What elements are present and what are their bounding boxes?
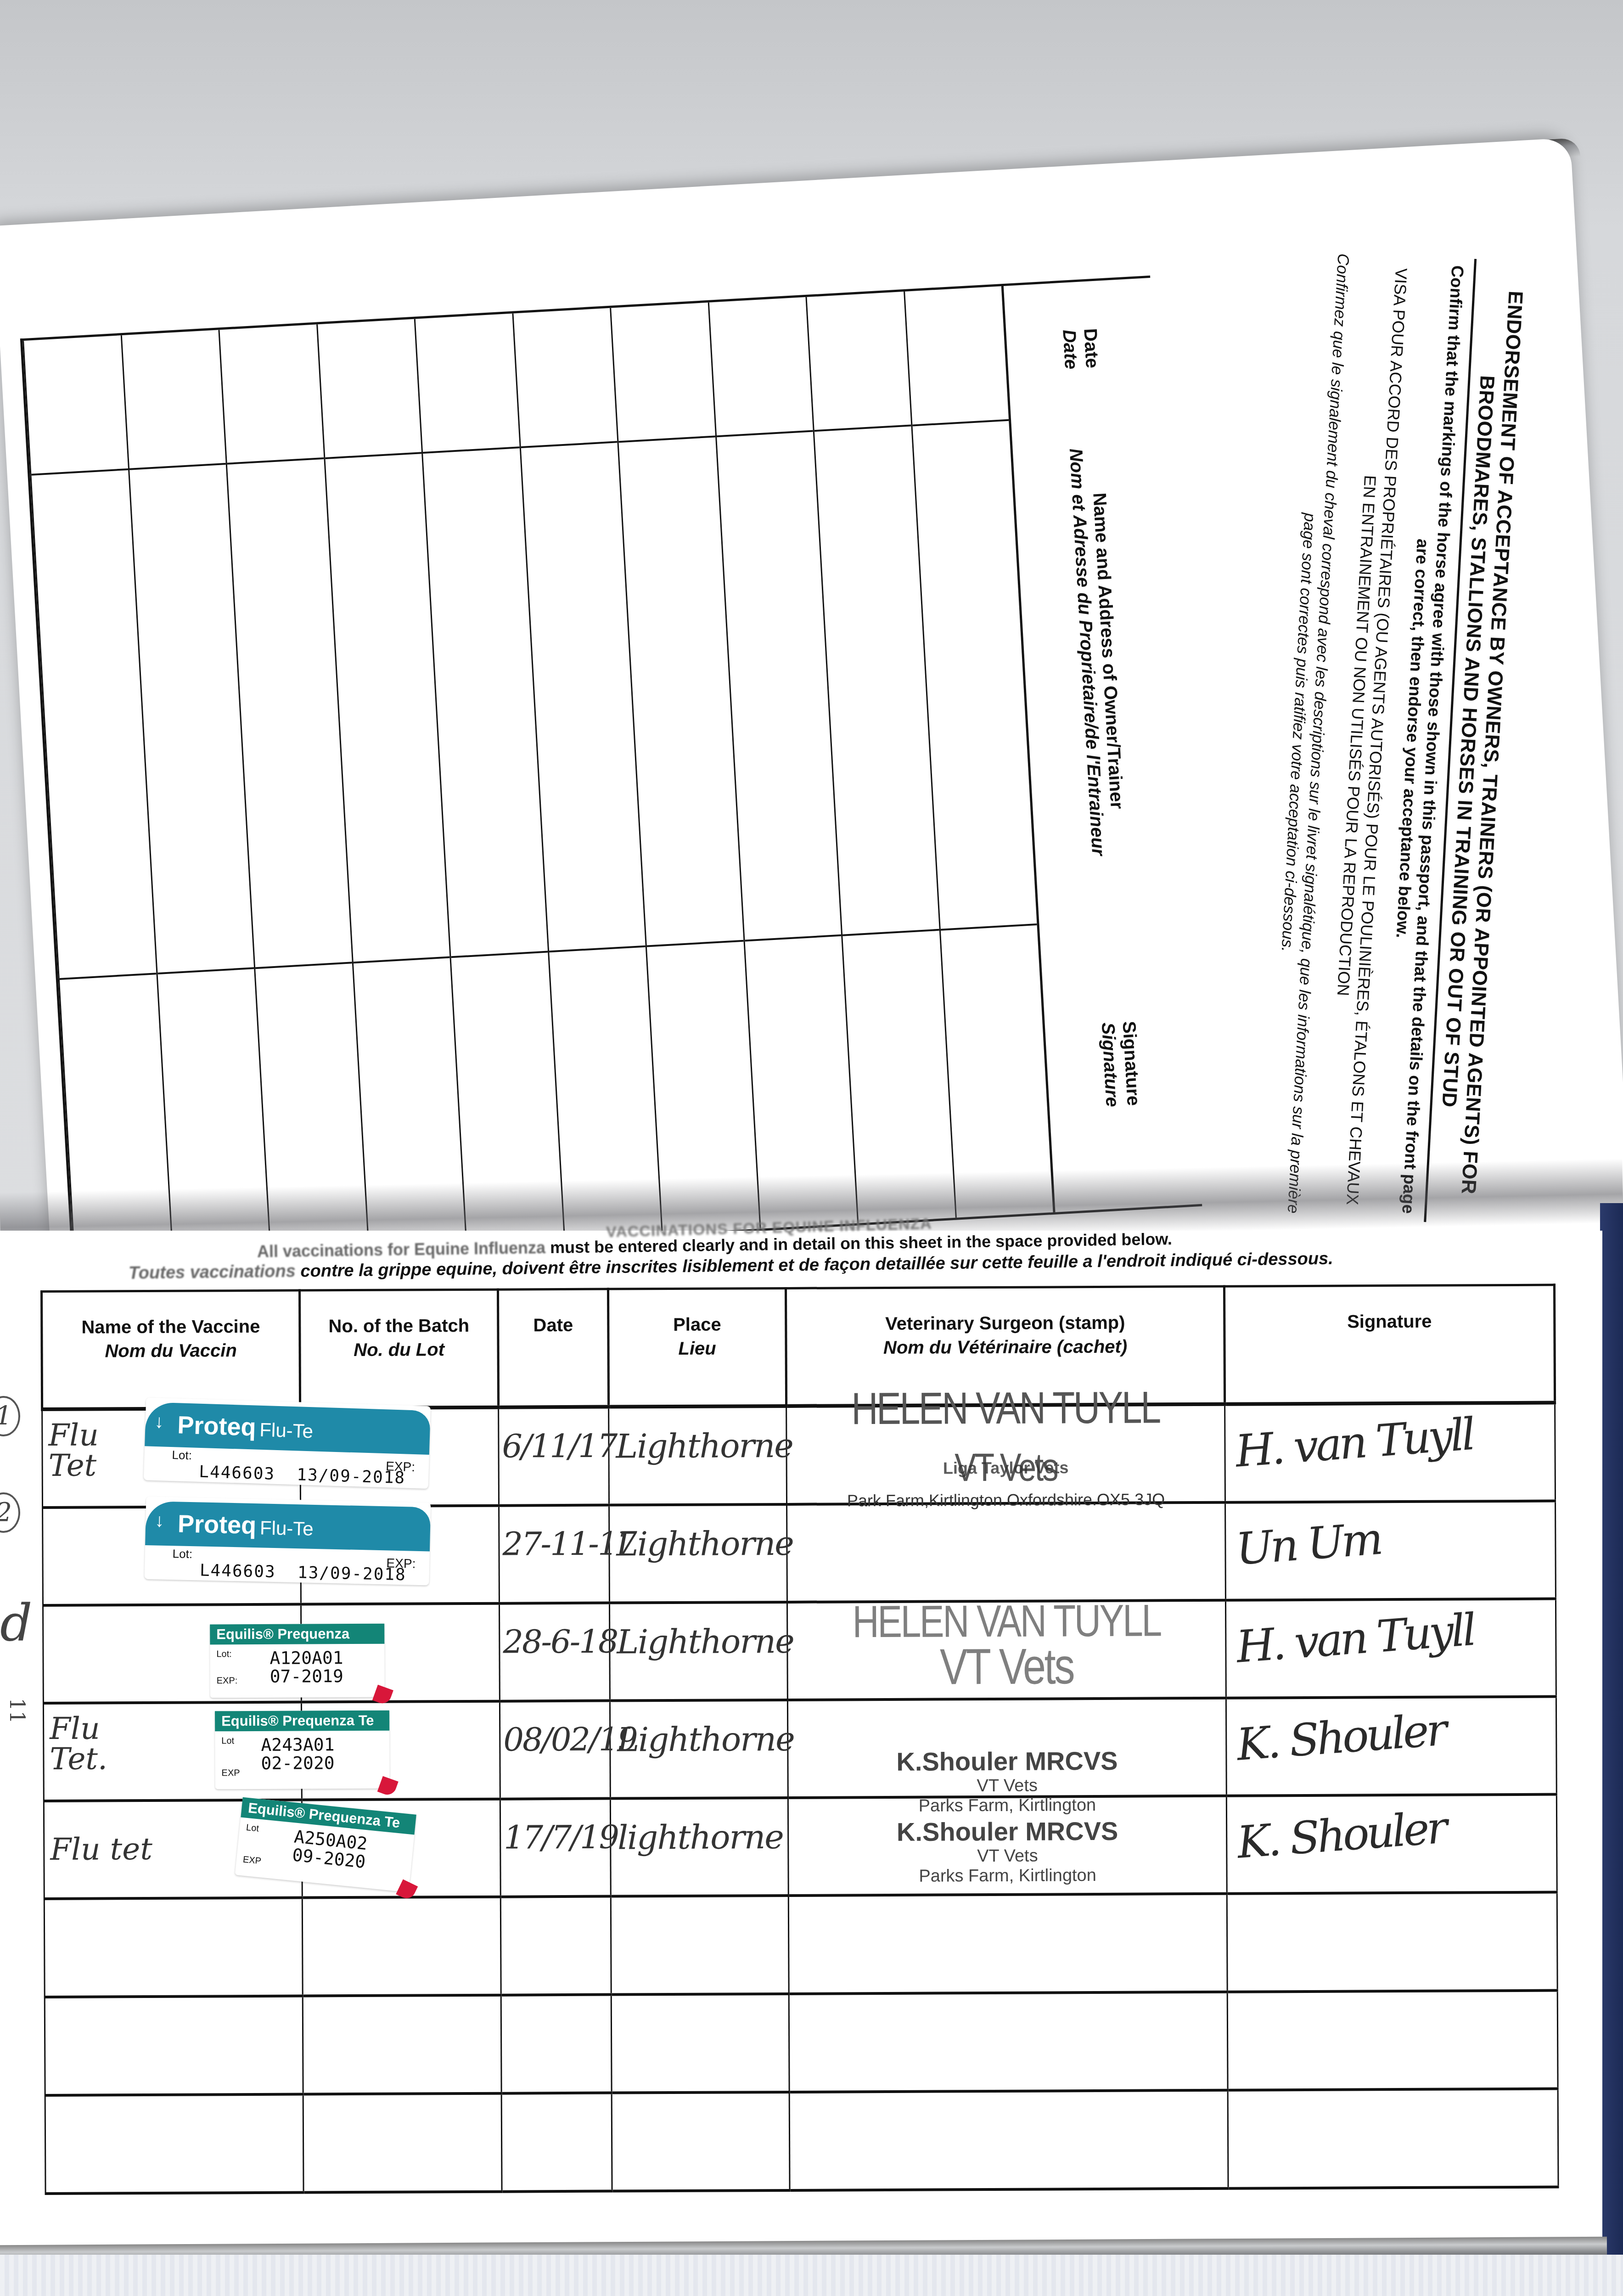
- vet-stamp-cell[interactable]: K.Shouler MRCVS VT Vets Parks Farm, Kirt…: [788, 1796, 1227, 1896]
- place-cell[interactable]: [611, 1994, 789, 2093]
- vaccination-row: Flu Tet. Equilis® Prequenza Te Lot EXP A…: [43, 1697, 1556, 1801]
- place-cell[interactable]: Lighthorne: [609, 1504, 787, 1603]
- batch-number-cell[interactable]: ↓ ProteqFlu-Te Lot: EXP: L446603 13/09-2…: [301, 1506, 500, 1604]
- vet-stamp-cell[interactable]: K.Shouler MRCVS VT Vets Parks Farm, Kirt…: [787, 1698, 1226, 1798]
- arrow-down-icon: ↓: [155, 1510, 164, 1531]
- signature-cell[interactable]: H. van Tuyll: [1225, 1599, 1556, 1698]
- margin-note-d: d: [0, 1593, 32, 1652]
- vaccine-name-cell[interactable]: [45, 1996, 303, 2095]
- date-cell[interactable]: [501, 1995, 612, 2093]
- equilis-batch-sticker: Equilis® Prequenza Te Lot EXP A243A0102-…: [215, 1711, 390, 1790]
- vaccination-row: ↓ ProteqFlu-Te Lot: EXP: L446603 13/09-2…: [43, 1501, 1556, 1605]
- sticker-band: ↓ ProteqFlu-Te: [145, 1402, 431, 1455]
- date-cell[interactable]: 6/11/17: [499, 1407, 609, 1506]
- batch-number-cell[interactable]: Equilis® Prequenza Lot: EXP: A120A0107-2…: [301, 1604, 500, 1702]
- signature-cell[interactable]: [1228, 2089, 1558, 2189]
- header-place: PlaceLieu: [608, 1288, 786, 1407]
- vet-stamp: HELEN VAN TUYLL VT Vets: [788, 1597, 1225, 1691]
- signature-cell[interactable]: [1227, 1991, 1558, 2090]
- date-cell[interactable]: [500, 1896, 611, 1995]
- vet-stamp-cell[interactable]: [789, 1992, 1228, 2092]
- header-batch-number: No. of the BatchNo. du Lot: [300, 1289, 499, 1408]
- vaccination-row: Flu Tet ↓ ProteqFlu-Te Lot: EXP: L446603…: [42, 1403, 1556, 1508]
- signature-handwritten: H. van Tuyll: [1224, 1393, 1556, 1478]
- signature-cell[interactable]: K. Shouler: [1226, 1697, 1556, 1796]
- equilis-batch-sticker: Equilis® Prequenza Lot: EXP: A120A0107-2…: [210, 1624, 385, 1698]
- header-signature: Signature: [1224, 1285, 1555, 1404]
- place-cell[interactable]: Lighthorne: [609, 1406, 787, 1505]
- vet-stamp: K.Shouler MRCVS VT Vets Parks Farm, Kirt…: [789, 1816, 1226, 1887]
- signature-cell[interactable]: Un Um: [1225, 1501, 1556, 1600]
- vaccine-name-cell[interactable]: [44, 1898, 303, 1997]
- batch-number-cell[interactable]: Equilis® Prequenza Te Lot EXP A250A0209-…: [302, 1799, 500, 1898]
- batch-number-cell[interactable]: ↓ ProteqFlu-Te Lot: EXP: L446603 13/09-2…: [300, 1407, 499, 1507]
- date-cell[interactable]: 27-11-17: [499, 1505, 610, 1604]
- signature-cell[interactable]: [1227, 1892, 1557, 1992]
- vaccination-row-empty: [44, 1892, 1557, 1997]
- place-cell[interactable]: Lighthorne: [610, 1700, 788, 1799]
- proteq-batch-sticker: ↓ ProteqFlu-Te Lot: EXP: L446603 13/09-2…: [144, 1397, 431, 1489]
- signature-cell[interactable]: H. van Tuyll: [1225, 1403, 1556, 1503]
- signature-handwritten: K. Shouler: [1225, 1687, 1557, 1772]
- margin-note-11: 11: [5, 1698, 28, 1724]
- scanner-background: [0, 2255, 1623, 2296]
- vaccination-row: Flu tet Equilis® Prequenza Te Lot EXP A2…: [44, 1795, 1557, 1899]
- batch-number-cell[interactable]: Equilis® Prequenza Te Lot EXP A243A0102-…: [301, 1701, 500, 1800]
- signature-handwritten: K. Shouler: [1225, 1784, 1558, 1869]
- vaccine-handwritten: Flu Tet: [43, 1411, 118, 1481]
- vet-stamp-cell[interactable]: HELEN VAN TUYLL VT Vets: [787, 1600, 1226, 1700]
- vet-stamp-cell[interactable]: [787, 1503, 1226, 1602]
- header-date: Date Date: [1058, 328, 1103, 370]
- date-cell[interactable]: 08/02/19: [500, 1701, 610, 1799]
- header-vaccine-name: Name of the VaccineNom du Vaccin: [42, 1290, 300, 1409]
- date-cell[interactable]: 28-6-18: [499, 1603, 610, 1701]
- vaccine-name-cell[interactable]: [45, 2094, 303, 2194]
- batch-number-cell[interactable]: [302, 1897, 501, 1996]
- date-cell[interactable]: 17/7/19: [500, 1799, 611, 1897]
- vet-stamp-cell[interactable]: [789, 2090, 1228, 2190]
- proteq-batch-sticker: ↓ ProteqFlu-Te Lot: EXP: L446603 13/09-2…: [144, 1497, 431, 1585]
- batch-number-cell[interactable]: [303, 1995, 501, 2094]
- vet-stamp-cell[interactable]: [788, 1894, 1227, 1994]
- signature-handwritten: H. van Tuyll: [1224, 1589, 1557, 1674]
- vet-stamp: HELEN VAN TUYLL VT Vets Liga Taylor Vets…: [787, 1384, 1224, 1511]
- sticker-pull-tab: [377, 1776, 399, 1797]
- vaccination-row-empty: [45, 2089, 1558, 2194]
- vaccination-row: Equilis® Prequenza Lot: EXP: A120A0107-2…: [43, 1599, 1556, 1703]
- endorsement-instructions: ENDORSEMENT OF ACCEPTANCE BY OWNERS, TRA…: [1066, 240, 1529, 1225]
- arrow-down-icon: ↓: [154, 1412, 164, 1433]
- passport-cover-edge: [1600, 1203, 1623, 2296]
- place-cell[interactable]: lighthorne: [610, 1798, 788, 1896]
- header-date: Date: [498, 1289, 609, 1407]
- signature-cell[interactable]: K. Shouler: [1226, 1795, 1557, 1894]
- vaccination-table: Name of the VaccineNom du Vaccin No. of …: [40, 1284, 1560, 2195]
- date-cell[interactable]: [501, 2093, 612, 2192]
- sticker-band: ↓ ProteqFlu-Te: [145, 1501, 431, 1552]
- owner-endorsement-table: Date Date Name and Address of Owner/Trai…: [20, 276, 1202, 1269]
- place-cell[interactable]: [611, 1896, 789, 1995]
- vaccination-row-empty: [45, 1991, 1558, 2095]
- place-cell[interactable]: Lighthorne: [609, 1602, 787, 1701]
- vet-stamp-cell[interactable]: HELEN VAN TUYLL VT Vets Liga Taylor Vets…: [786, 1404, 1225, 1504]
- place-cell[interactable]: [612, 2092, 790, 2191]
- batch-number-cell[interactable]: [303, 2093, 502, 2193]
- signature-handwritten: Un Um: [1224, 1491, 1556, 1576]
